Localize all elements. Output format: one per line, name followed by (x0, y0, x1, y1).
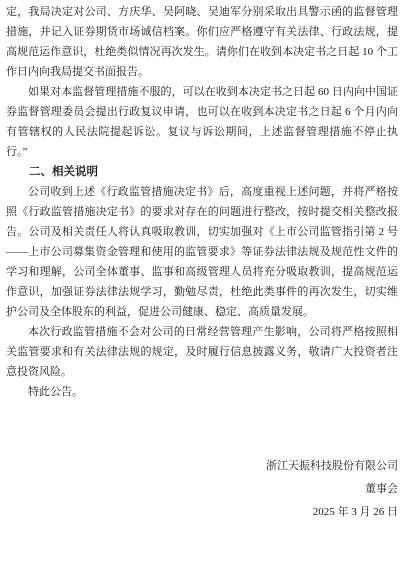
paragraph-appeal-rights: 如果对本监督管理措施不服的，可以在收到本决定书之日起 60 日内向中国证券监督管… (6, 82, 398, 162)
paragraph-impact-statement: 本次行政监管措施不会对公司的日常经营管理产生影响，公司将严格按照相关监管要求和有… (6, 322, 398, 382)
document-page: 定，我局决定对公司、方庆华、吴阿晓、吴迪军分别采取出具警示函的监督管理措施，并记… (0, 0, 407, 583)
closing-statement: 特此公告。 (6, 382, 398, 402)
paragraph-measures-continuation: 定，我局决定对公司、方庆华、吴阿晓、吴迪军分别采取出具警示函的监督管理措施，并记… (6, 2, 398, 82)
paragraph-rectification: 公司收到上述《行政监管措施决定书》后，高度重视上述问题，并将严格按照《行政监管措… (6, 182, 398, 322)
signature-block: 浙江天振科技股份有限公司 董事会 2025 年 3 月 26 日 (6, 455, 398, 524)
section-heading-related-notes: 二、相关说明 (6, 162, 398, 182)
signature-company-name: 浙江天振科技股份有限公司 (6, 455, 398, 478)
signature-date: 2025 年 3 月 26 日 (6, 501, 398, 524)
signature-board: 董事会 (6, 478, 398, 501)
